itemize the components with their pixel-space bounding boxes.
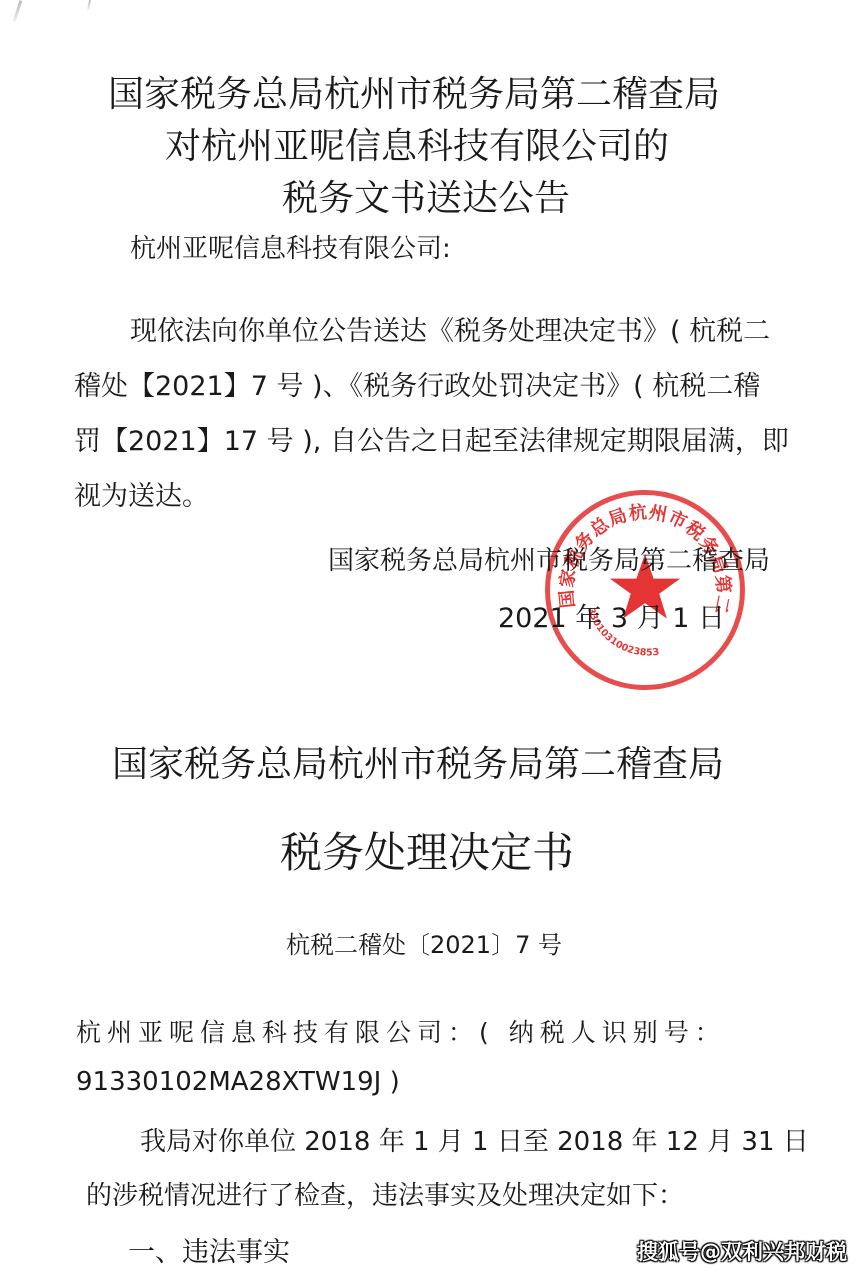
notice-title-line-3: 税务文书送达公告: [282, 170, 570, 221]
notice-body-line-1: 现依法向你单位公告送达《税务处理决定书》( 杭税二: [130, 309, 770, 348]
notice-body-line-4: 视为送达。: [74, 474, 209, 513]
decision-doc-number: 杭税二稽处〔2021〕7 号: [286, 925, 562, 960]
official-seal: 国家税务总局杭州市税务局第二稽查局 3301031002385З: [545, 490, 745, 690]
seal-graphic: 国家税务总局杭州市税务局第二稽查局 3301031002385З: [550, 495, 740, 685]
notice-body-line-2: 稽处【2021】7 号 )、《税务行政处罚决定书》( 杭税二稽: [74, 364, 760, 403]
notice-title-line-2: 对杭州亚呢信息科技有限公司的: [165, 118, 669, 169]
decision-recipient-line-1: 杭州亚呢信息科技有限公司：( 纳税人识别号：: [76, 1013, 726, 1049]
decision-paragraph-line-1: 我局对你单位 2018 年 1 月 1 日至 2018 年 12 月 31 日: [140, 1121, 809, 1158]
taxpayer-id: 91330102MA28XTW19J ): [76, 1067, 400, 1097]
notice-title-line-1: 国家税务总局杭州市税务局第二稽查局: [108, 66, 720, 117]
notice-addressee: 杭州亚呢信息科技有限公司:: [130, 228, 451, 265]
notice-body-line-3: 罚【2021】17 号 ), 自公告之日起至法律规定期限届满，即: [74, 419, 789, 458]
watermark: 搜狐号@双利兴邦财税: [637, 1236, 847, 1266]
notice-date: 2021 年 3 月 1 日: [498, 596, 725, 635]
document-page: 国家税务总局杭州市税务局第二稽查局 对杭州亚呢信息科技有限公司的 税务文书送达公…: [0, 0, 859, 1273]
decision-issuer: 国家税务总局杭州市税务局第二稽查局: [112, 736, 724, 787]
scan-artifact: [87, 0, 91, 10]
section-heading-violations: 一、违法事实: [128, 1230, 290, 1269]
decision-title: 税务处理决定书: [280, 820, 574, 880]
decision-paragraph-line-2: 的涉税情况进行了检查，违法事实及处理决定如下：: [86, 1175, 684, 1212]
notice-signature: 国家税务总局杭州市税务局第二稽查局: [328, 540, 770, 577]
scan-artifact: [13, 0, 23, 22]
